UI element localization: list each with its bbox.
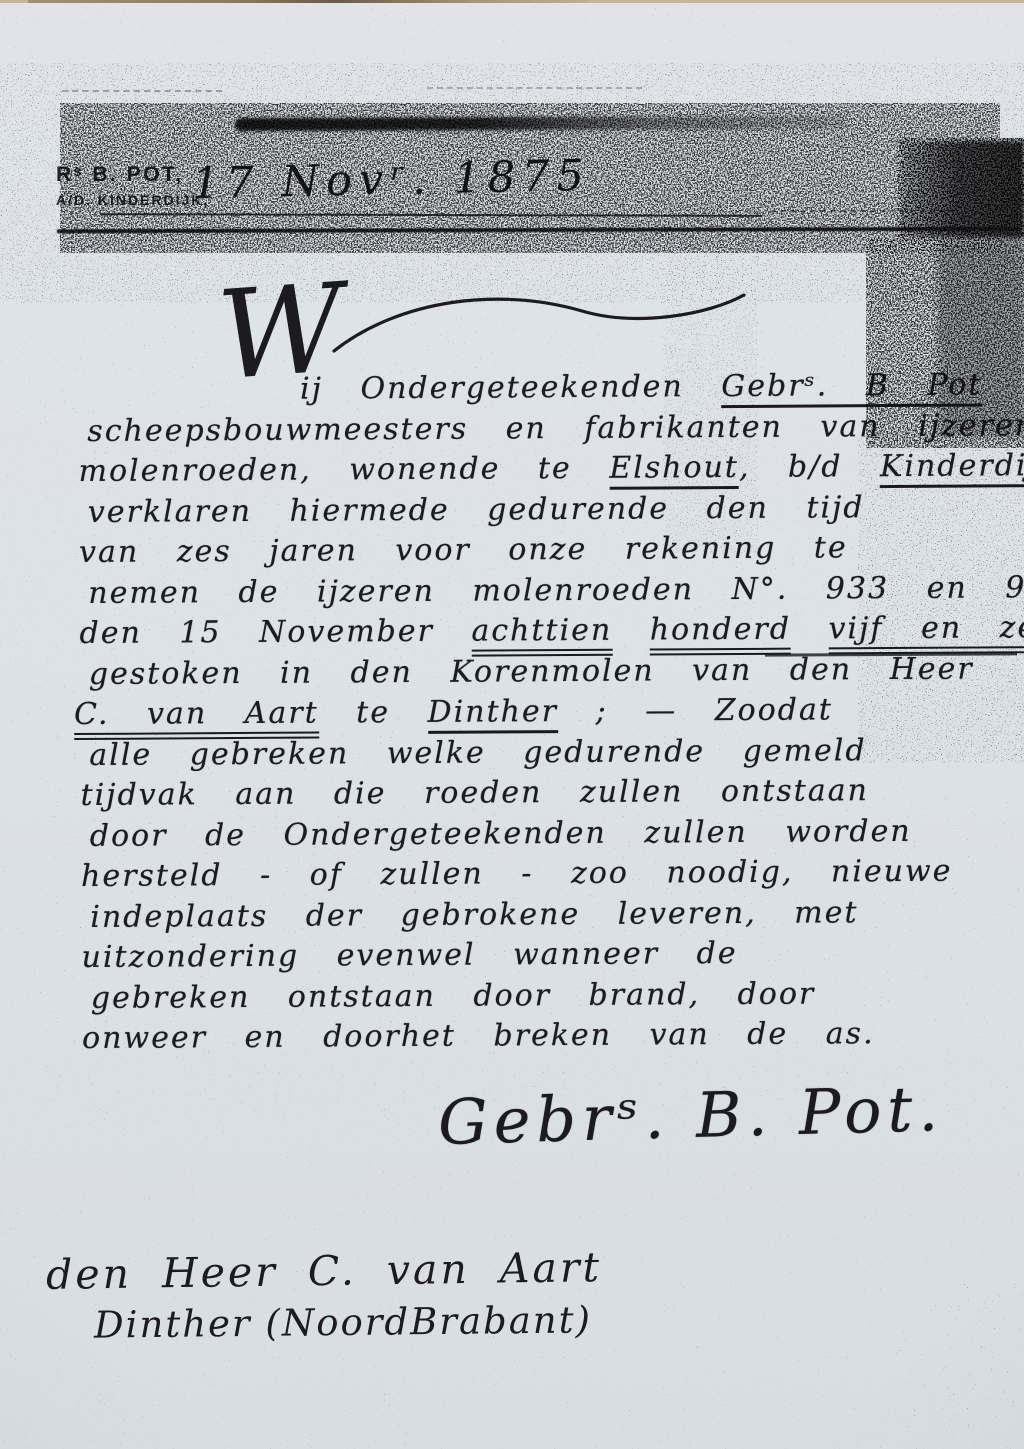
toner-dash-line	[62, 90, 222, 92]
text-segment: verklaren hiermede gedurende den tijd	[88, 490, 865, 530]
body-line: onweer en doorhet breken van de as.	[82, 1013, 992, 1059]
signature: Gebrˢ. B. Pot.	[437, 1072, 945, 1159]
text-segment: onweer en doorhet breken van de as.	[82, 1016, 875, 1056]
letter-paper: Rˢ B. POT, A/D. KINDERDIJK, 17 Novʳ. 187…	[0, 3, 1024, 1449]
text-segment	[612, 613, 650, 648]
underlined-phrase: vijf en zeventig	[828, 609, 1024, 654]
toner-streak	[235, 116, 847, 131]
underlined-phrase: Dinther	[427, 694, 558, 734]
body-line: nemen de ijzeren molenroeden N°. 933 en …	[88, 568, 989, 614]
text-segment: molenroeden, wonende te	[79, 451, 610, 489]
text-segment: uitzondering evenwel wanneer de	[81, 936, 737, 975]
underlined-phrase: C. van Aart	[74, 696, 319, 740]
letter-body: ij Ondergeteekenden Gebrˢ. B Potscheepsb…	[78, 365, 992, 1059]
recipient-place: Dinther (NoordBrabant)	[94, 1298, 592, 1346]
body-line: door de Ondergeteekenden zullen worden	[90, 811, 991, 857]
body-line: C. van Aart te Dinther ; — Zoodat	[74, 689, 990, 735]
text-segment	[791, 611, 829, 646]
text-segment: door de Ondergeteekenden zullen worden	[90, 813, 912, 853]
body-line: ij Ondergeteekenden Gebrˢ. B Pot	[78, 365, 988, 411]
body-line: verklaren hiermede gedurende den tijd	[88, 487, 989, 533]
text-segment: nemen de ijzeren molenroeden N°. 933 en …	[88, 569, 1024, 610]
toner-dash-line	[427, 87, 642, 89]
body-line: gebreken ontstaan door brand, door	[91, 973, 992, 1019]
pen-swash-flourish	[330, 285, 750, 365]
text-segment: den 15 November	[79, 614, 471, 651]
text-segment: gebreken ontstaan door brand, door	[91, 976, 816, 1015]
letterhead-firm: Rˢ B. POT,	[56, 163, 183, 187]
text-segment: ; — Zoodat	[558, 692, 833, 729]
text-segment: scheepsbouwmeesters en fabrikanten van i…	[87, 408, 1024, 449]
body-line: uitzondering evenwel wanneer de	[81, 932, 991, 978]
body-line: den 15 November achttien honderd vijf en…	[79, 608, 989, 654]
underlined-phrase: honderd	[650, 612, 791, 656]
letterhead-rule	[100, 213, 762, 217]
body-line: hersteld - of zullen - zoo noodig, nieuw…	[81, 851, 991, 897]
underlined-phrase: achttien	[471, 613, 612, 657]
toner-blotch	[901, 141, 1024, 238]
text-segment: ij Ondergeteekenden	[300, 369, 721, 407]
text-segment: tijdvak aan die roeden zullen ontstaan	[80, 773, 869, 813]
body-line: indeplaats der gebrokene leveren, met	[90, 892, 991, 938]
text-segment: gestoken in den Korenmolen van den Heer	[89, 651, 974, 691]
text-segment: , b/d	[739, 449, 880, 485]
text-segment: van zes jaren voor onze rekening te	[79, 530, 848, 570]
recipient-name: den Heer C. van Aart	[46, 1243, 603, 1299]
underlined-phrase: Gebrˢ. B Pot	[721, 367, 982, 408]
text-segment: indeplaats der gebrokene leveren, met	[90, 895, 858, 935]
letterhead-rule-dashed	[770, 210, 1016, 212]
text-segment: hersteld - of zullen - zoo noodig, nieuw…	[81, 854, 953, 894]
text-segment: te	[319, 695, 428, 731]
body-line: tijdvak aan die roeden zullen ontstaan	[80, 770, 990, 816]
underlined-phrase: Kinderdijk	[880, 448, 1024, 488]
body-line: van zes jaren voor onze rekening te	[79, 527, 989, 573]
body-line: alle gebreken welke gedurende gemeld	[89, 730, 990, 776]
body-line: molenroeden, wonende te Elshout, b/d Kin…	[78, 446, 988, 492]
letterhead-rule-main	[57, 227, 1019, 234]
underlined-phrase: Elshout	[609, 450, 739, 490]
noise-region	[890, 1283, 1024, 1433]
text-segment: alle gebreken welke gedurende gemeld	[89, 733, 866, 773]
letterhead-place: A/D. KINDERDIJK,	[56, 192, 209, 208]
handwritten-date: 17 Novʳ. 1875	[192, 151, 592, 209]
body-line: scheepsbouwmeesters en fabrikanten van i…	[87, 406, 988, 452]
photographed-letter: Rˢ B. POT, A/D. KINDERDIJK, 17 Novʳ. 187…	[0, 0, 1024, 1449]
